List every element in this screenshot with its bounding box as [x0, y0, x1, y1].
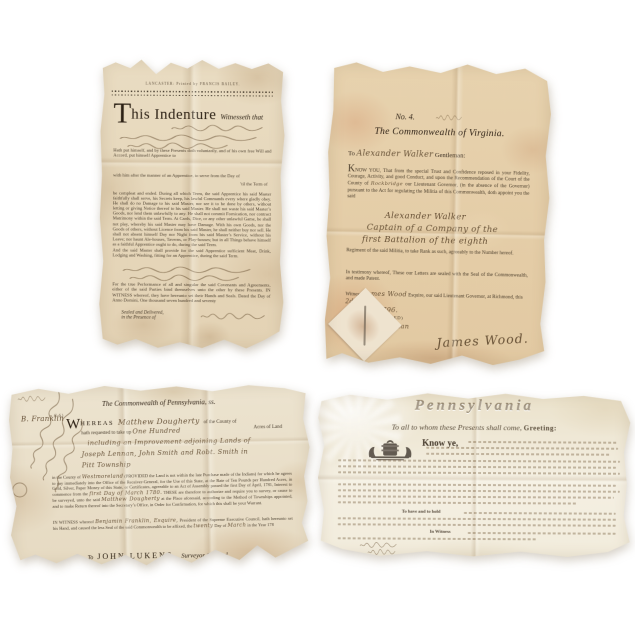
indenture-body-text: be compleat and ended. During all which … [113, 190, 272, 247]
indenture-provide-text: And the said Master shall provide for th… [112, 247, 270, 258]
virginia-witness-tail: Esquire, our said Lieutenant Governor, a… [408, 293, 523, 300]
faint-text-line [338, 501, 578, 504]
warrant-to-label: To [87, 555, 93, 561]
faint-text-line [426, 453, 611, 456]
faint-text-line [338, 471, 620, 474]
warrant-surveyor-line: To JOHN LUKENS, Surveyor General. [53, 543, 263, 565]
warrant-paper: The Commonwealth of Pennsylvania, ss. B.… [8, 382, 311, 567]
indenture-paragraph-put: Hath put himself, and by these Presents … [113, 147, 271, 159]
warrant-acres-label: Acres of Land [254, 425, 283, 430]
handwriting-marks [170, 124, 270, 133]
virginia-to-name: Alexander Walker [356, 148, 433, 158]
warrant-handwritten-line3: Pitt Township [82, 461, 131, 470]
patent-header: Pennsylvania [374, 397, 574, 415]
faint-text-line [338, 495, 614, 498]
virginia-regiment-text: Regiment of the said Militia, to take Ra… [346, 248, 528, 258]
signature-marks [200, 312, 270, 320]
faint-text-line [338, 483, 616, 486]
warrant-header: The Commonwealth of Pennsylvania, ss. [69, 397, 249, 408]
warrant-requested-line: hath requested to take up One Hundred [81, 427, 180, 437]
faint-text-line [468, 441, 618, 444]
virginia-addressee-line: To Alexander Walker Gentleman: [348, 148, 465, 159]
indenture-imprint: LANCASTER: Printed by FRANCIS BAILEY. [119, 81, 266, 86]
faint-text-line [338, 489, 620, 492]
warrant-inwitness: IN WITNESS whereof [53, 519, 94, 525]
faint-text-line [338, 517, 618, 520]
warrant-month-handwriting: March [227, 523, 246, 529]
warrant-year-text: in the Year 178 [247, 522, 274, 527]
warrant-surveyor-title: Surveyor General. [181, 552, 229, 560]
indenture-term-text: ’til the Term of [240, 181, 268, 186]
virginia-to-suffix: Gentleman: [435, 152, 465, 160]
document-virginia-commission: No. 4. The Commonwealth of Virginia. To … [324, 62, 552, 366]
virginia-to-label: To [348, 150, 355, 157]
indenture-sealed-block: Sealed and Delivered, in the Presence of [121, 311, 163, 321]
handwriting-marks [435, 114, 463, 122]
ornament-rule [112, 90, 274, 96]
patent-to-have-and-to-hold: To have and to hold [402, 509, 441, 514]
warrant-amount-handwriting: One Hundred [132, 427, 180, 436]
document-pa-warrant: The Commonwealth of Pennsylvania, ss. B.… [8, 382, 311, 567]
warrant-grantee-handwriting: Matthew Dougherty [118, 416, 200, 426]
warrant-requested-text: hath requested to take up [81, 430, 131, 436]
faint-text-line [426, 447, 618, 450]
document-pa-patent: Pennsylvania To all to whom these Presen… [318, 391, 631, 559]
clerk-signature-marks [368, 548, 398, 555]
indenture-title: This Indenture Witnesseth that [113, 101, 263, 126]
faint-text-line [468, 532, 616, 535]
warrant-body-text: in the County of Westmoreland (PROVIDED … [52, 471, 293, 509]
virginia-title: The Commonwealth of Virginia. [346, 126, 533, 140]
warrant-witness-block: IN WITNESS whereof Benjamin Franklin, Es… [53, 516, 293, 533]
faint-text-line [464, 512, 616, 515]
virginia-county-handwriting: Rockbridge [371, 181, 403, 188]
patent-paper: Pennsylvania To all to whom these Presen… [318, 391, 631, 559]
patent-in-witness: In Witness [430, 529, 451, 534]
virginia-testimony-text: In testimony whereof, These our Letters … [346, 270, 528, 286]
warrant-surveyor-name: JOHN LUKENS, [97, 551, 177, 561]
indenture-title-text: his Indenture [131, 107, 216, 124]
virginia-number: No. 4. [395, 112, 415, 121]
virginia-appointee-name: Alexander Walker [385, 211, 466, 223]
patent-greeting-word: Greeting: [524, 424, 557, 432]
warrant-handwritten-line2: Joseph Lennan, John Smith and Robt. Smit… [82, 447, 249, 458]
embossed-seal-ring [12, 482, 27, 497]
warrant-day-handwriting: twenty [193, 523, 213, 529]
virginia-know-paragraph: KNOW YOU, That from the special Trust an… [347, 166, 530, 204]
faint-text-line [338, 537, 538, 540]
warrant-of-county: of the County of [204, 420, 237, 426]
virginia-appointee-rank: Captain of a Company of the [367, 223, 498, 236]
virginia-appointee-battalion: first Battalion of the eighth [362, 235, 488, 247]
warrant-day-of: Day of [214, 523, 226, 528]
indenture-sealed-line2: in the Presence of [121, 316, 155, 321]
document-indenture: LANCASTER: Printed by FRANCIS BAILEY. Th… [99, 59, 285, 348]
auction-photo: LANCASTER: Printed by FRANCIS BAILEY. Th… [0, 0, 635, 635]
indenture-title-dropcap: T [113, 97, 131, 129]
indenture-witnesseth: Witnesseth that [220, 113, 263, 121]
handwriting-marks [18, 395, 48, 403]
virginia-paper: No. 4. The Commonwealth of Virginia. To … [324, 62, 552, 366]
patent-greeting-line: To all to whom these Presents shall come… [349, 422, 599, 432]
faint-text-line [338, 465, 616, 468]
indenture-paper: LANCASTER: Printed by FRANCIS BAILEY. Th… [99, 59, 285, 348]
indenture-paragraph-serve: with him after the manner of an Apprenti… [113, 172, 271, 179]
faint-text-line [338, 523, 616, 526]
patent-greeting-text: To all to whom these Presents shall come… [392, 423, 522, 433]
warrant-handwritten-line1: including an Improvement adjoining Lands… [87, 436, 250, 447]
virginia-governor-signature: James Wood. [436, 331, 529, 351]
indenture-covenant-text: For the true Performance of all and sing… [112, 281, 270, 303]
